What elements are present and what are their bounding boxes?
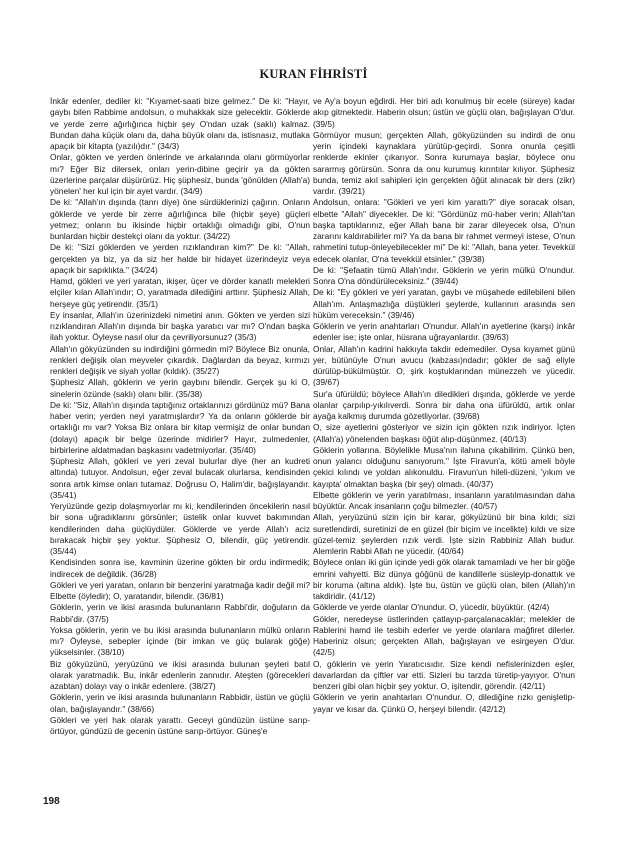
verse-reference: (39/44) (432, 276, 458, 286)
verse-entry: Ey insanlar, Allah'ın üzerinizdeki nimet… (50, 310, 310, 344)
verse-text: Kendisinden sonra ise, kavminin üzerine … (50, 557, 310, 578)
verse-text: Onlar, Allah'ın kadrini hakkıyla takdir … (313, 344, 575, 377)
verse-text: Yoksa göklerin, yerin ve bu ikisi arasın… (50, 625, 310, 658)
verse-text: Gökleri ve yeri hak olarak yarattı. Gece… (50, 715, 310, 736)
verse-text: Göklerin yollarına. Böylelikle Musa'nın … (313, 445, 575, 489)
verse-reference: (41/12) (349, 591, 375, 601)
verse-text: Andolsun, onlara: "Gökleri ve yeri kim y… (313, 197, 575, 263)
verse-text: Sur'a üfürüldü; böylece Allah'ın diledik… (313, 389, 575, 422)
verse-reference: (39/38) (458, 254, 484, 264)
verse-reference: (35/3) (235, 332, 257, 342)
verse-entry: De ki: "Allah'ın dışında (tanrı diye) ön… (50, 197, 310, 242)
verse-text: Göklerin, yerin ve ikisi arasında buluna… (50, 692, 310, 713)
verse-reference: (38/27) (189, 681, 215, 691)
verse-text: Elbette göklerin ve yerin yaratılması, i… (313, 490, 575, 511)
verse-reference: (39/21) (339, 186, 365, 196)
verse-text: ve Ay'a boyun eğdirdi. Her biri adı konu… (313, 96, 575, 117)
verse-reference: (35/38) (176, 389, 202, 399)
verse-entry: Göklerin ve yerin anahtarları O'nundur. … (313, 692, 575, 715)
page-number: 198 (43, 796, 60, 807)
verse-entry: Elbette göklerin ve yerin yaratılması, i… (313, 490, 575, 513)
verse-text: Göklerin ve yerin anahtarları O'nundur. … (313, 692, 575, 713)
verse-text: Yeryüzünde gezip dolaşmıyorlar mı ki, ke… (50, 501, 310, 545)
left-column: İnkâr edenler, dediler ki: "Kıyamet-saat… (50, 96, 310, 737)
verse-entry: O, göklerin ve yerin Yaratıcısıdır. Size… (313, 659, 575, 693)
verse-text: Gökleri ve yeri yaratan, onların bir ben… (50, 580, 310, 601)
verse-entry: De ki: "Şefaatin tümü Allah'ındır. Gökle… (313, 265, 575, 288)
verse-reference: (39/63) (482, 332, 508, 342)
verse-entry: Andolsun, onlara: "Gökleri ve yeri kim y… (313, 197, 575, 265)
verse-reference: (40/57) (471, 501, 497, 511)
verse-reference: (35/1) (136, 299, 158, 309)
verse-text: Gökler, neredeyse üstlerinden çatlayıp-p… (313, 614, 575, 647)
verse-reference: (42/5) (313, 647, 335, 657)
verse-text: Allah'ın gökyüzünden su indirdiğini görm… (50, 344, 310, 377)
verse-entry: Gökleri ve yeri hak olarak yarattı. Gece… (50, 715, 310, 738)
verse-reference: (35/40) (230, 445, 256, 455)
verse-text: De ki: "Sizi göklerden ve yerden rızıkla… (50, 242, 310, 275)
verse-text: Göklerde ve yerde olanlar O'nundur. O, y… (313, 602, 525, 612)
verse-reference: (34/22) (204, 231, 230, 241)
verse-entry: Gökler, neredeyse üstlerinden çatlayıp-p… (313, 614, 575, 659)
verse-entry: Allah, yeryüzünü sizin için bir karar, g… (313, 512, 575, 557)
verse-reference: (37/5) (87, 614, 109, 624)
verse-text: Biz gökyüzünü, yeryüzünü ve ikisi arasın… (50, 659, 310, 692)
verse-entry: ve Ay'a boyun eğdirdi. Her biri adı konu… (313, 96, 575, 130)
verse-text: De ki: "Allah'ın dışında (tanrı diye) ön… (50, 197, 310, 241)
verse-entry: Biz gökyüzünü, yeryüzünü ve ikisi arasın… (50, 659, 310, 693)
verse-reference: (40/13) (500, 434, 526, 444)
verse-reference: (35/44) (50, 546, 76, 556)
page-title: KURAN FİHRİSTİ (0, 67, 627, 82)
verse-entry: Yoksa göklerin, yerin ve bu ikisi arasın… (50, 625, 310, 659)
verse-entry: Şüphesiz Allah, gökleri ve yeri zeval bu… (50, 456, 310, 501)
verse-reference: (42/12) (479, 704, 505, 714)
verse-entry: Onlar, Allah'ın kadrini hakkıyla takdir … (313, 344, 575, 389)
verse-entry: Gökleri ve yeri yaratan, onların bir ben… (50, 580, 310, 603)
verse-entry: Yeryüzünde gezip dolaşmıyorlar mı ki, ke… (50, 501, 310, 557)
verse-entry: Göklerde ve yerde olanlar O'nundur. O, y… (313, 602, 575, 613)
verse-text: Ey insanlar, Allah'ın üzerinizdeki nimet… (50, 310, 310, 343)
verse-text: O, size ayetlerini gösteriyor ve sizin i… (313, 422, 575, 443)
verse-text: Göklerin ve yerin anahtarları O'nundur. … (313, 321, 575, 342)
verse-entry: Kendisinden sonra ise, kavminin üzerine … (50, 557, 310, 580)
verse-text: Hamd, gökleri ve yeri yaratan, ikişer, ü… (50, 276, 310, 309)
verse-reference: (34/9) (181, 186, 203, 196)
verse-reference: (35/41) (50, 490, 76, 500)
verse-reference: (35/27) (193, 366, 219, 376)
verse-reference: (38/66) (128, 704, 154, 714)
verse-entry: Göklerin ve yerin anahtarları O'nundur. … (313, 321, 575, 344)
verse-entry: Göklerin yollarına. Böylelikle Musa'nın … (313, 445, 575, 490)
verse-reference: (39/68) (453, 411, 479, 421)
verse-entry: Görmüyor musun; gerçekten Allah, gökyüzü… (313, 130, 575, 198)
verse-entry: Şüphesiz Allah, göklerin ve yerin gaybın… (50, 377, 310, 400)
verse-reference: (34/3) (157, 141, 179, 151)
verse-text: İnkâr edenler, dediler ki: "Kıyamet-saat… (50, 96, 310, 151)
verse-entry: Göklerin, yerin ve ikisi arasında buluna… (50, 602, 310, 625)
verse-entry: Allah'ın gökyüzünden su indirdiğini görm… (50, 344, 310, 378)
verse-reference: (42/11) (519, 681, 545, 691)
verse-entry: Hamd, gökleri ve yeri yaratan, ikişer, ü… (50, 276, 310, 310)
verse-reference: (39/67) (313, 377, 339, 387)
verse-reference: (38/10) (98, 647, 124, 657)
verse-entry: Onlar, gökten ve yerden önlerinde ve ark… (50, 152, 310, 197)
verse-entry: Sur'a üfürüldü; böylece Allah'ın diledik… (313, 389, 575, 423)
verse-entry: De ki: "Sizi göklerden ve yerden rızıkla… (50, 242, 310, 276)
verse-reference: (42/4) (528, 602, 550, 612)
verse-entry: İnkâr edenler, dediler ki: "Kıyamet-saat… (50, 96, 310, 152)
verse-reference: (36/81) (197, 591, 223, 601)
verse-reference: (36/28) (130, 569, 156, 579)
verse-text: De ki: "Ey gökleri ve yeri yaratan, gayb… (313, 287, 575, 320)
verse-reference: (40/64) (437, 546, 463, 556)
verse-reference: (34/24) (131, 265, 157, 275)
right-column: ve Ay'a boyun eğdirdi. Her biri adı konu… (313, 96, 575, 715)
verse-text: De ki: "Siz, Allah'ın dışında taptığınız… (50, 400, 310, 455)
verse-reference: (39/46) (388, 310, 414, 320)
verse-reference: (40/37) (467, 479, 493, 489)
verse-entry: Göklerin, yerin ve ikisi arasında buluna… (50, 692, 310, 715)
verse-text: Şüphesiz Allah, gökleri ve yeri zeval bu… (50, 456, 310, 489)
verse-entry: Böylece onları iki gün içinde yedi gök o… (313, 557, 575, 602)
verse-entry: De ki: "Siz, Allah'ın dışında taptığınız… (50, 400, 310, 456)
verse-entry: O, size ayetlerini gösteriyor ve sizin i… (313, 422, 575, 445)
verse-reference: (39/5) (313, 119, 335, 129)
verse-entry: De ki: "Ey gökleri ve yeri yaratan, gayb… (313, 287, 575, 321)
